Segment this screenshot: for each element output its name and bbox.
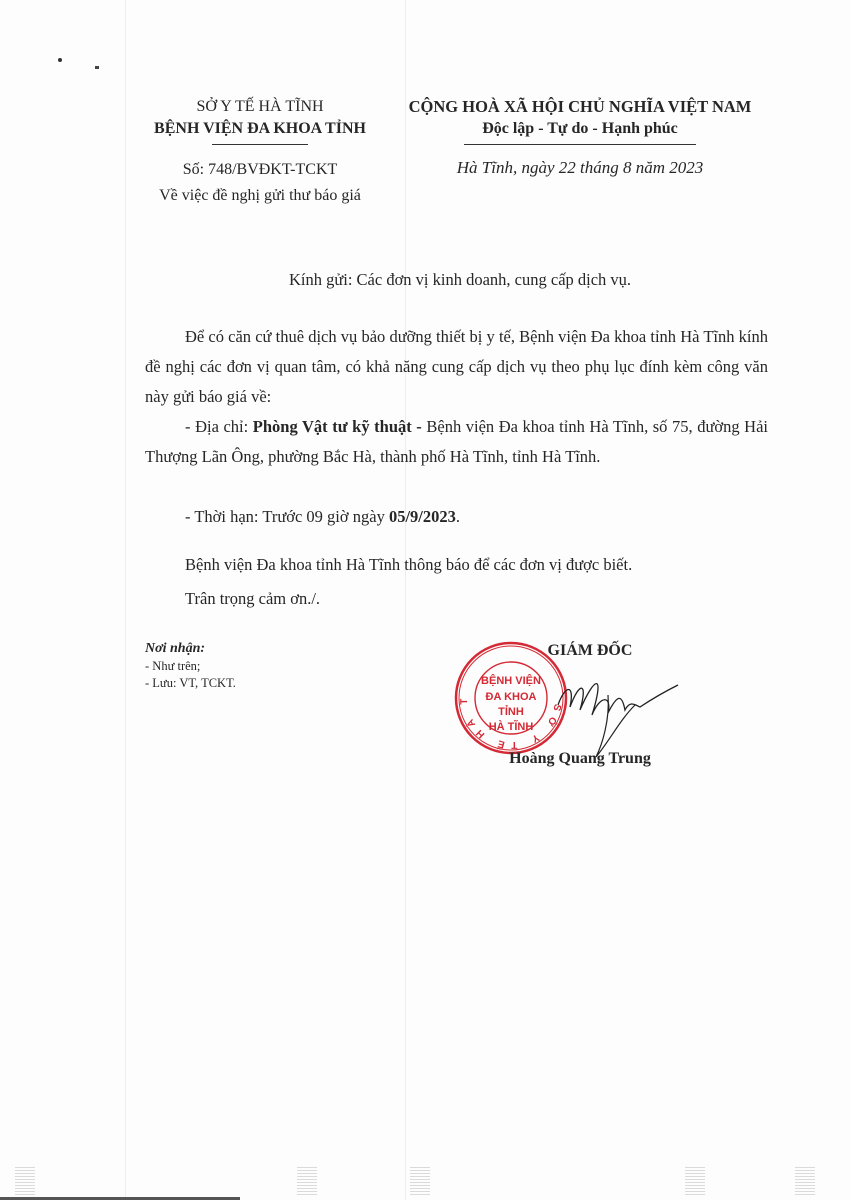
notice-line: Bệnh viện Đa khoa tỉnh Hà Tĩnh thông báo… bbox=[185, 550, 785, 580]
bullet: - bbox=[185, 417, 191, 436]
svg-text:ĐA KHOA: ĐA KHOA bbox=[486, 691, 537, 703]
signatory-name: Hoàng Quang Trung bbox=[495, 750, 665, 768]
recipient-line: Kính gửi: Các đơn vị kinh doanh, cung cấ… bbox=[240, 265, 680, 295]
address-label: Địa chỉ: bbox=[195, 417, 253, 436]
address-item: - Địa chỉ: Phòng Vật tư kỹ thuật - Bệnh … bbox=[145, 412, 768, 472]
document-number: Số: 748/BVĐKT-TCKT bbox=[130, 159, 390, 181]
scan-artifact bbox=[410, 1165, 430, 1195]
scan-speck bbox=[95, 66, 99, 69]
scan-artifact bbox=[15, 1165, 35, 1195]
nation-title: CỘNG HOÀ XÃ HỘI CHỦ NGHĨA VIỆT NAM bbox=[380, 96, 780, 118]
header-divider bbox=[212, 144, 308, 145]
intro-paragraph: Để có căn cứ thuê dịch vụ bảo dưỡng thiế… bbox=[145, 322, 768, 412]
scan-edge-line bbox=[125, 0, 126, 1200]
handwritten-signature-icon bbox=[540, 665, 680, 760]
address-department: Phòng Vật tư kỹ thuật - bbox=[253, 417, 422, 436]
ministry-name: SỞ Y TẾ HÀ TĨNH bbox=[130, 96, 390, 118]
closing-line: Trân trọng cảm ơn./. bbox=[185, 584, 785, 614]
header-right: CỘNG HOÀ XÃ HỘI CHỦ NGHĨA VIỆT NAM Độc l… bbox=[380, 96, 780, 179]
recipient-item: - Lưu: VT, TCKT. bbox=[145, 675, 345, 692]
bullet: - bbox=[185, 507, 191, 526]
svg-text:BỆNH VIỆN: BỆNH VIỆN bbox=[481, 674, 541, 687]
scan-artifact bbox=[795, 1165, 815, 1195]
hospital-name: BỆNH VIỆN ĐA KHOA TỈNH bbox=[130, 118, 390, 140]
recipients-block: Nơi nhận: - Như trên; - Lưu: VT, TCKT. bbox=[145, 640, 345, 692]
recipients-title: Nơi nhận: bbox=[145, 640, 345, 658]
document-subject: Về việc đề nghị gửi thư báo giá bbox=[130, 185, 390, 207]
svg-text:HÀ TĨNH: HÀ TĨNH bbox=[489, 720, 534, 733]
scan-artifact bbox=[685, 1165, 705, 1195]
svg-text:TỈNH: TỈNH bbox=[498, 705, 524, 718]
national-motto: Độc lập - Tự do - Hạnh phúc bbox=[380, 118, 780, 140]
deadline-label: Thời hạn: Trước 09 giờ ngày bbox=[194, 507, 389, 526]
scan-artifact bbox=[297, 1165, 317, 1195]
scan-speck bbox=[58, 58, 62, 62]
recipient-item: - Như trên; bbox=[145, 658, 345, 675]
deadline-item: - Thời hạn: Trước 09 giờ ngày 05/9/2023. bbox=[145, 502, 770, 532]
place-and-date: Hà Tĩnh, ngày 22 tháng 8 năm 2023 bbox=[380, 157, 780, 179]
deadline-period: . bbox=[456, 507, 460, 526]
deadline-date: 05/9/2023 bbox=[389, 507, 456, 526]
header-left: SỞ Y TẾ HÀ TĨNH BỆNH VIỆN ĐA KHOA TỈNH S… bbox=[130, 96, 390, 207]
motto-divider bbox=[464, 144, 696, 145]
